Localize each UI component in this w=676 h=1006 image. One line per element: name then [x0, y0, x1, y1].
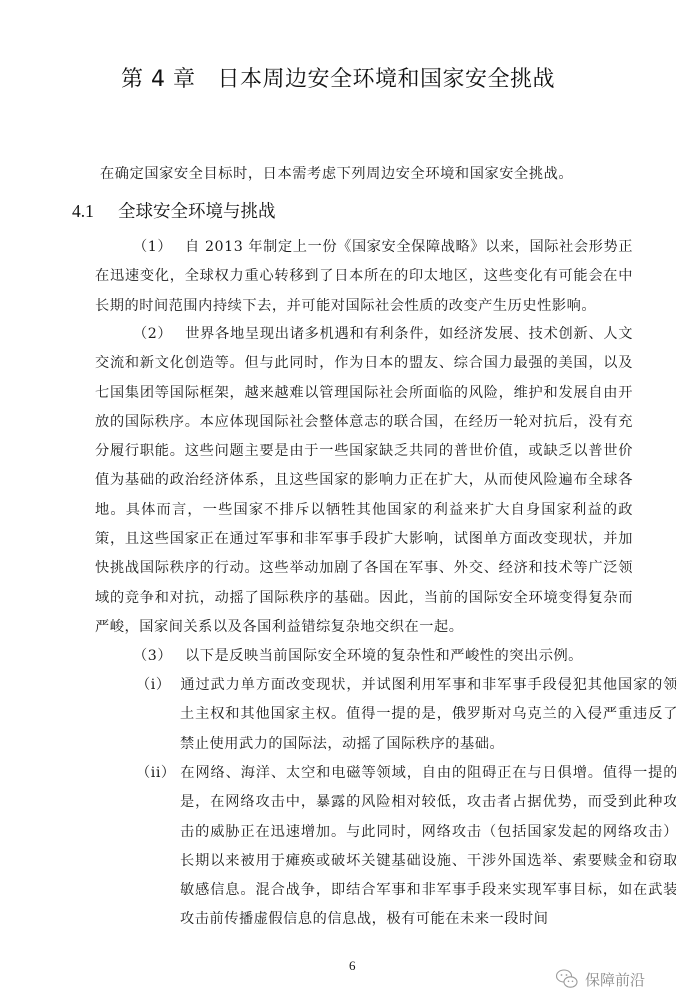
- paragraph-marker: （1）: [133, 233, 185, 262]
- chapter-title-text: 日本周边安全环境和国家安全挑战: [217, 67, 555, 92]
- list-item-text: 在网络、海洋、太空和电磁等领域，自由的阻碍正在与日俱增。值得一提的是，在网络攻击…: [180, 765, 676, 927]
- section-number: 4.1: [72, 201, 118, 222]
- list-item-marker: （ii）: [136, 759, 180, 788]
- chapter-title: 第 4 章日本周边安全环境和国家安全挑战: [0, 62, 676, 93]
- watermark-text: 保障前沿: [585, 969, 645, 990]
- list-item-i: （i）通过武力单方面改变现状，并试图利用军事和非军事手段侵犯其他国家的领土主权和…: [175, 671, 676, 759]
- document-page: 第 4 章日本周边安全环境和国家安全挑战 在确定国家安全目标时，日本需考虑下列周…: [0, 0, 676, 1006]
- paragraph-marker: （3）: [133, 642, 185, 671]
- intro-paragraph: 在确定国家安全目标时，日本需考虑下列周边安全环境和国家安全挑战。: [100, 160, 640, 188]
- paragraph-2: （2）世界各地呈现出诸多机遇和有利条件，如经济发展、技术创新、人文交流和新文化创…: [95, 320, 633, 642]
- paragraph-text: 世界各地呈现出诸多机遇和有利条件，如经济发展、技术创新、人文交流和新文化创造等。…: [95, 326, 633, 635]
- list-item-ii: （ii）在网络、海洋、太空和电磁等领域，自由的阻碍正在与日俱增。值得一提的是，在…: [175, 759, 676, 935]
- page-number: 6: [349, 958, 356, 974]
- watermark: 保障前沿: [555, 968, 645, 990]
- paragraph-1: （1）自 2013 年制定上一份《国家安全保障战略》以来，国际社会形势正在迅速变…: [95, 233, 633, 321]
- chapter-number: 第 4 章: [121, 67, 195, 92]
- list-item-marker: （i）: [136, 671, 180, 700]
- paragraph-text: 以下是反映当前国际安全环境的复杂性和严峻性的突出示例。: [185, 648, 583, 664]
- wechat-icon: [555, 968, 579, 990]
- section-title: 全球安全环境与挑战: [118, 202, 276, 222]
- paragraph-marker: （2）: [133, 320, 185, 349]
- paragraph-3: （3）以下是反映当前国际安全环境的复杂性和严峻性的突出示例。: [95, 642, 633, 671]
- list-item-text: 通过武力单方面改变现状，并试图利用军事和非军事手段侵犯其他国家的领土主权和其他国…: [180, 677, 676, 752]
- section-heading: 4.1全球安全环境与挑战: [72, 198, 276, 223]
